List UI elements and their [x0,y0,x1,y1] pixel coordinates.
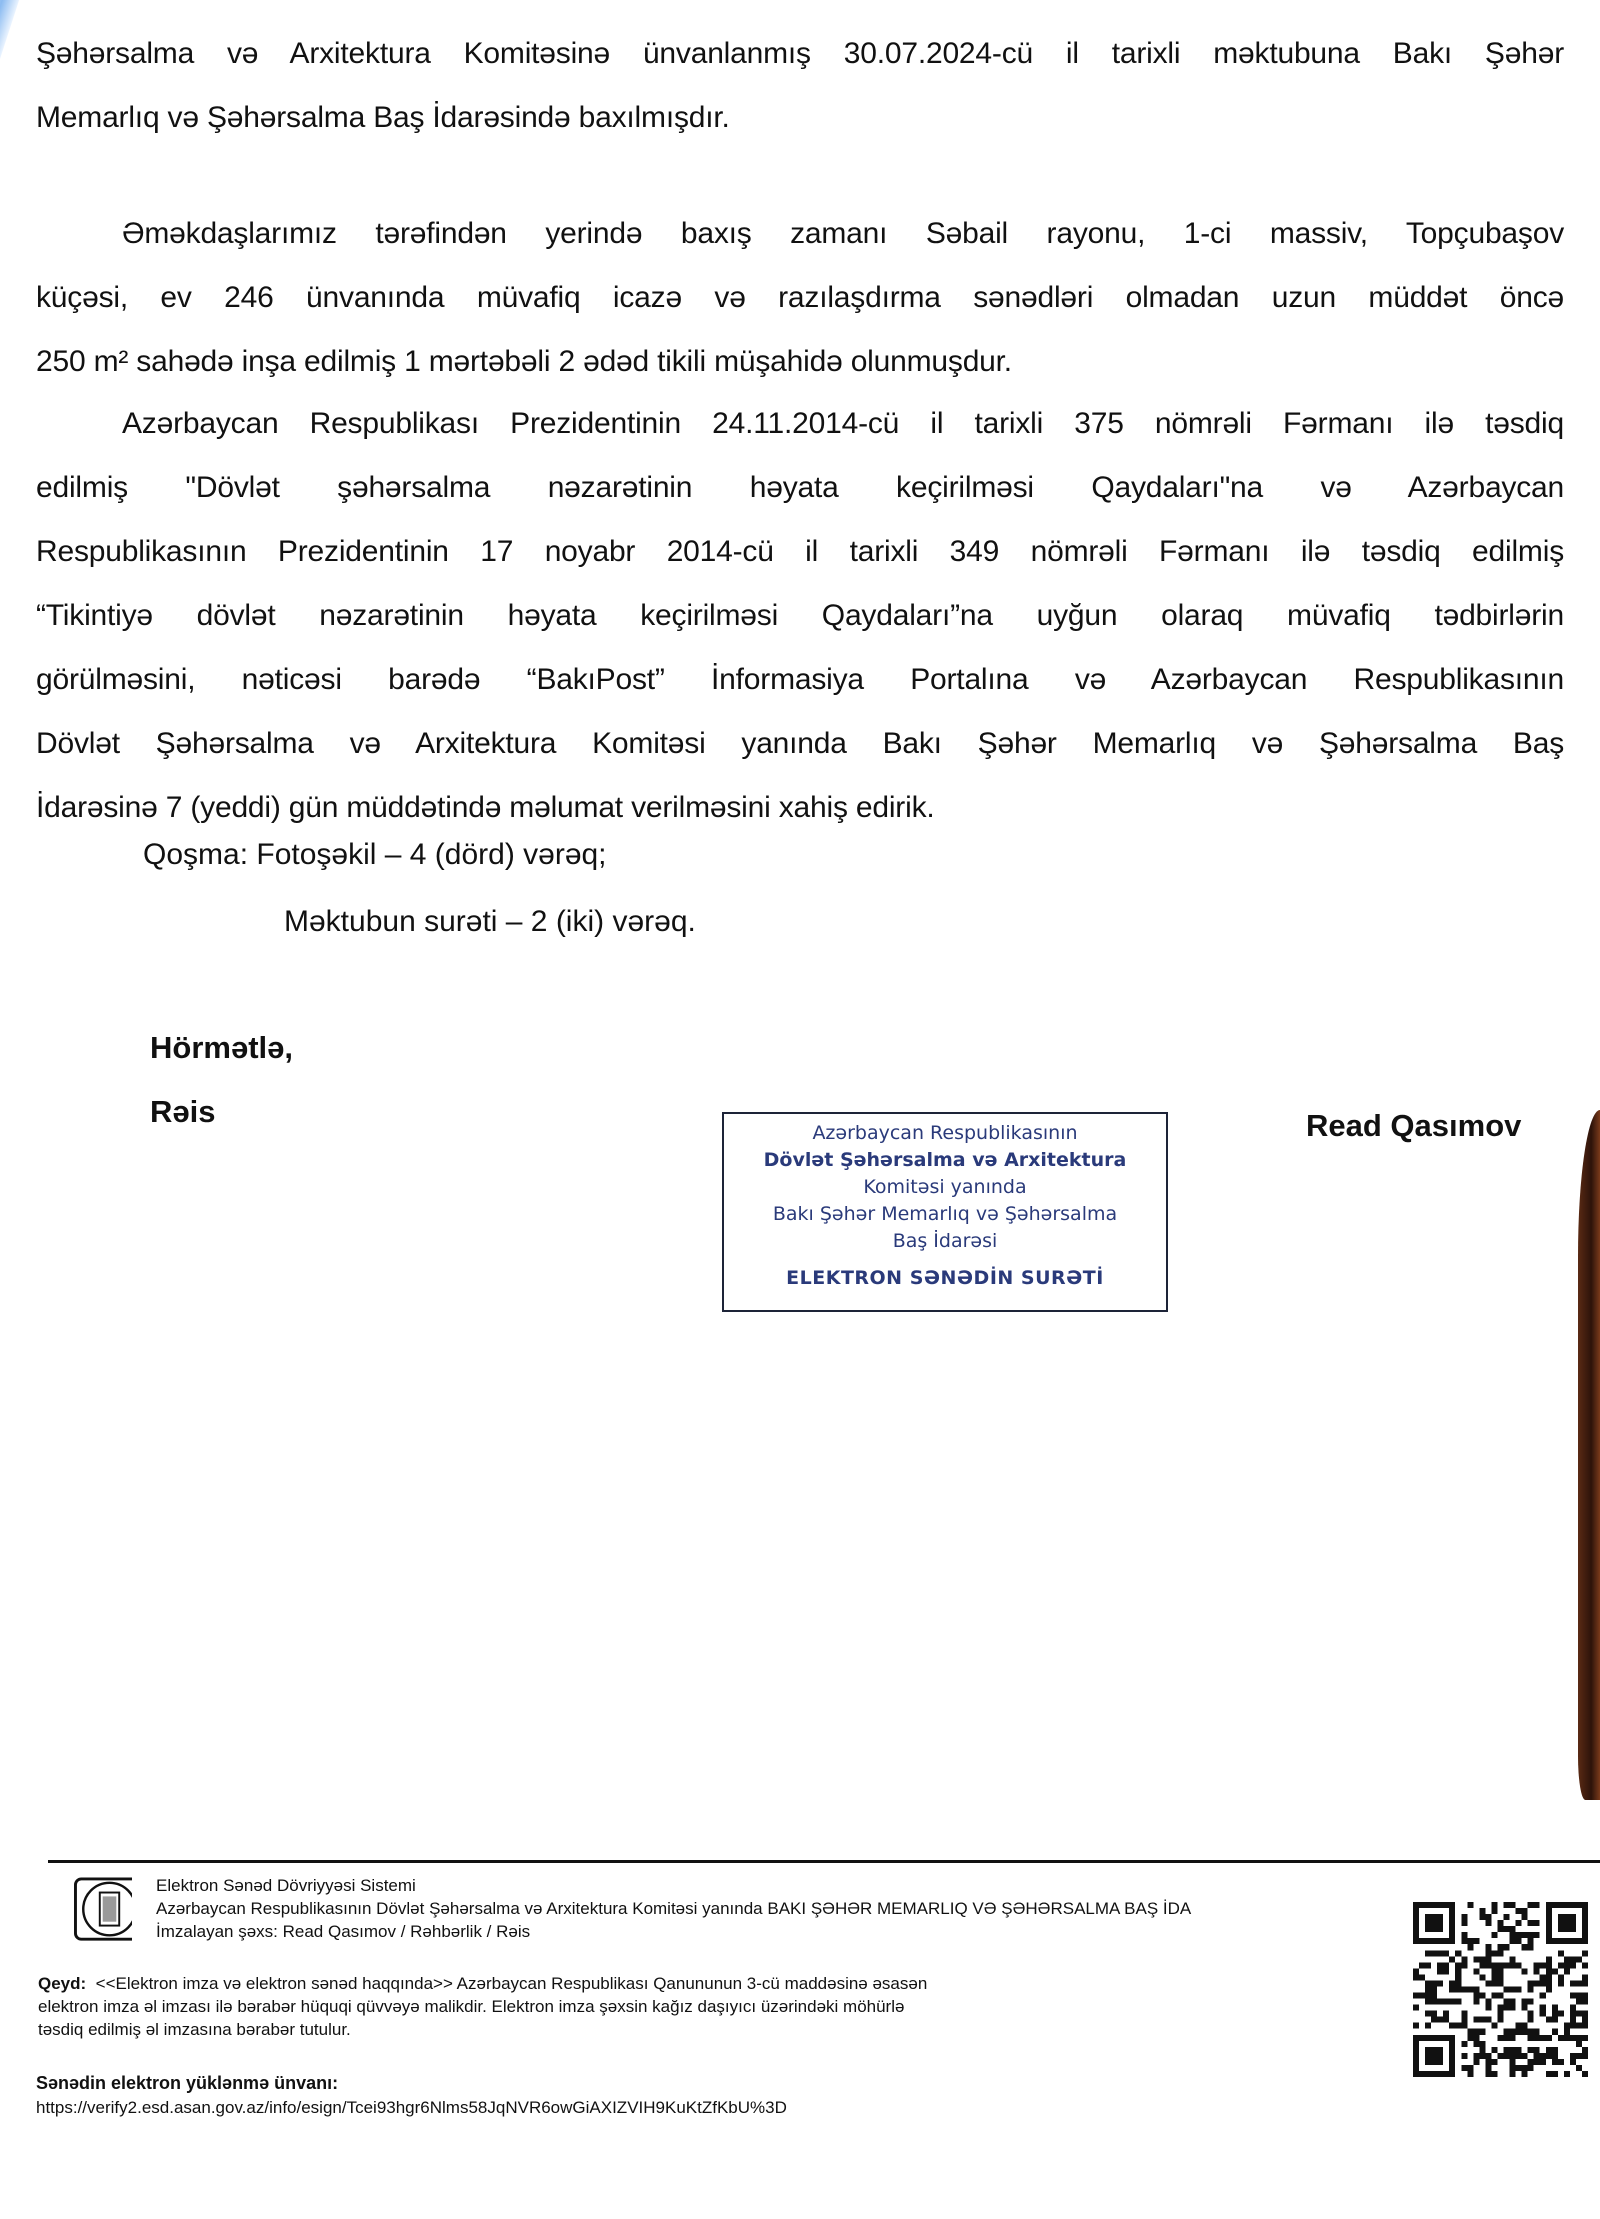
stamp-line: Azərbaycan Respublikasının [724,1120,1166,1147]
note-line: təsdiq edilmiş əl imzasına bərabər tutul… [38,2018,1118,2041]
attachment-photos: Qoşma: Fotoşəkil – 4 (dörd) vərəq; [143,838,607,872]
paragraph-line: Memarlıq və Şəhərsalma Baş İdarəsində ba… [36,86,1564,150]
stamp-line: Baş İdarəsi [724,1228,1166,1255]
paragraph-line: Dövlət Şəhərsalma və Arxitektura Komitəs… [36,712,1564,776]
legal-note: Qeyd: <<Elektron imza və elektron sənəd … [38,1972,1118,2041]
paragraph-line: Əməkdaşlarımız tərəfindən yerində baxış … [36,202,1564,266]
stamp-line: Bakı Şəhər Memarlıq və Şəhərsalma [724,1201,1166,1228]
stamp-caption: ELEKTRON SƏNƏDİN SURƏTİ [724,1265,1166,1292]
paragraph-line: görülməsini, nəticəsi barədə “BakıPost” … [36,648,1564,712]
stamp-line: Dövlət Şəhərsalma və Arxitektura [724,1147,1166,1174]
paragraph-2: Əməkdaşlarımız tərəfindən yerində baxış … [36,202,1564,394]
paragraph-line: küçəsi, ev 246 ünvanında müvafiq icazə v… [36,266,1564,330]
paragraph-line: Respublikasının Prezidentinin 17 noyabr … [36,520,1564,584]
paragraph-line: Azərbaycan Respublikası Prezidentinin 24… [36,392,1564,456]
esd-system-name: Elektron Sənəd Dövriyyəsi Sistemi [156,1874,1191,1897]
paragraph-line: Şəhərsalma və Arxitektura Komitəsinə ünv… [36,22,1564,86]
paragraph-3: Azərbaycan Respublikası Prezidentinin 24… [36,392,1564,840]
paragraph-line: edilmiş "Dövlət şəhərsalma nəzarətinin h… [36,456,1564,520]
document-page: Şəhərsalma və Arxitektura Komitəsinə ünv… [0,0,1600,2219]
paragraph-line: İdarəsinə 7 (yeddi) gün müddətində məlum… [36,776,1564,840]
electronic-copy-stamp: Azərbaycan Respublikasının Dövlət Şəhərs… [722,1112,1168,1312]
esd-seal-icon [52,1876,132,1946]
stamp-line: Komitəsi yanında [724,1174,1166,1201]
note-line: <<Elektron imza və elektron sənəd haqqın… [96,1974,928,1993]
upload-address-label: Sənədin elektron yüklənmə ünvanı: [36,2073,338,2094]
esd-signer: İmzalayan şəxs: Read Qasımov / Rəhbərlik… [156,1920,1191,1943]
footer-divider [48,1860,1600,1863]
scan-edge-shadow [1578,1110,1600,1800]
scan-artifact [0,0,23,74]
paragraph-line: “Tikintiyə dövlət nəzarətinin həyata keç… [36,584,1564,648]
paragraph-1: Şəhərsalma və Arxitektura Komitəsinə ünv… [36,22,1564,150]
qr-code-icon[interactable] [1413,1902,1588,2077]
esd-info: Elektron Sənəd Dövriyyəsi Sistemi Azərba… [156,1874,1191,1943]
upload-address-link[interactable]: https://verify2.esd.asan.gov.az/info/esi… [36,2098,787,2118]
esd-organization: Azərbaycan Respublikasının Dövlət Şəhərs… [156,1897,1191,1920]
attachment-letter-copy: Məktubun surəti – 2 (iki) vərəq. [284,905,696,939]
signer-name: Read Qasımov [1306,1108,1521,1144]
closing-regards: Hörmətlə, [150,1030,293,1066]
note-line: elektron imza əl imzası ilə bərabər hüqu… [38,1995,1118,2018]
signer-title: Rəis [150,1094,215,1130]
note-label: Qeyd: [38,1974,86,1993]
paragraph-line: 250 m² sahədə inşa edilmiş 1 mərtəbəli 2… [36,330,1564,394]
